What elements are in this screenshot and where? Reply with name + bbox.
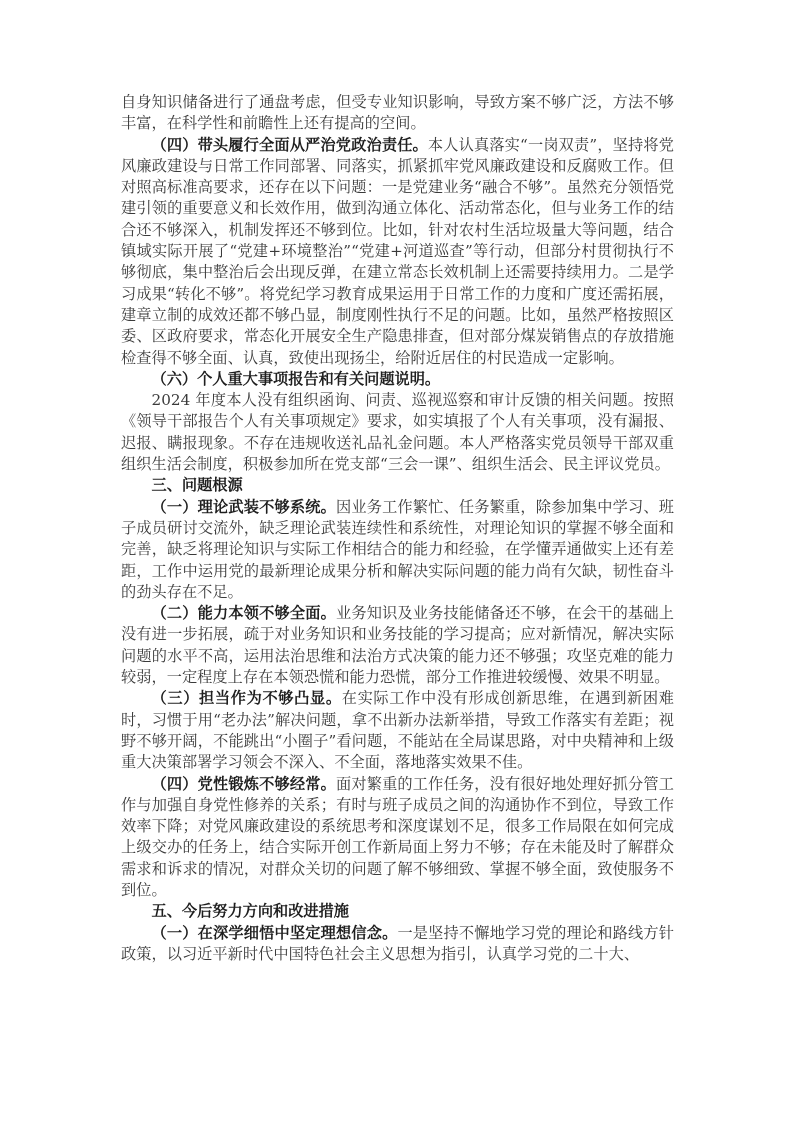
document-page: 自身知识储备进行了通盘考虑，但受专业知识影响，导致方案不够广泛，方法不够丰富，在…	[121, 92, 674, 965]
paragraph-text: 本人认真落实“一岗双责”，坚持将党风廉政建设与日常工作同部署、同落实，抓紧抓牢党…	[121, 136, 674, 367]
paragraph-party-spirit: （四）党性锻炼不够经常。面对繁重的工作任务，没有很好地处理好抓分管工作与加强自身…	[121, 774, 674, 902]
paragraph-ability: （二）能力本领不够全面。业务知识及业务技能储备还不够，在会干的基础上没有进一步拓…	[121, 603, 674, 688]
paragraph-personal-matters: 2024 年度本人没有组织函询、问责、巡视巡察和审计反馈的相关问题。按照《领导干…	[121, 390, 674, 475]
paragraph-responsibility: （三）担当作为不够凸显。在实际工作中没有形成创新思维，在遇到新困难时，习惯于用“…	[121, 688, 674, 773]
paragraph-party-responsibility: （四）带头履行全面从严治党政治责任。本人认真落实“一岗双责”，坚持将党风廉政建设…	[121, 135, 674, 369]
paragraph-lead-heading: （一）在深学细悟中坚定理想信念。	[152, 924, 398, 942]
section-heading-problem-roots: 三、问题根源	[121, 475, 674, 496]
paragraph-lead-heading: （一）理论武装不够系统。	[152, 498, 336, 516]
paragraph-lead-heading: （三）担当作为不够凸显。	[152, 689, 342, 707]
paragraph-lead-heading: （二）能力本领不够全面。	[152, 604, 336, 622]
paragraph-theory: （一）理论武装不够系统。因业务工作繁忙、任务繁重，除参加集中学习、班子成员研讨交…	[121, 497, 674, 603]
paragraph-ideals: （一）在深学细悟中坚定理想信念。一是坚持不懈地学习党的理论和路线方针政策，以习近…	[121, 923, 674, 966]
paragraph-text: 面对繁重的工作任务，没有很好地处理好抓分管工作与加强自身党性修养的关系；有时与班…	[121, 775, 674, 899]
paragraph-text: 自身知识储备进行了通盘考虑，但受专业知识影响，导致方案不够广泛，方法不够丰富，在…	[121, 93, 674, 132]
section-heading-improvements: 五、今后努力方向和改进措施	[121, 901, 674, 922]
paragraph-text: 2024 年度本人没有组织函询、问责、巡视巡察和审计反馈的相关问题。按照《领导干…	[121, 391, 674, 473]
paragraph-lead-heading: （四）带头履行全面从严治党政治责任。	[152, 136, 428, 154]
paragraph-continuation: 自身知识储备进行了通盘考虑，但受专业知识影响，导致方案不够广泛，方法不够丰富，在…	[121, 92, 674, 135]
paragraph-lead-heading: （四）党性锻炼不够经常。	[152, 775, 336, 793]
section-heading-personal-matters: （六）个人重大事项报告和有关问题说明。	[121, 369, 674, 390]
